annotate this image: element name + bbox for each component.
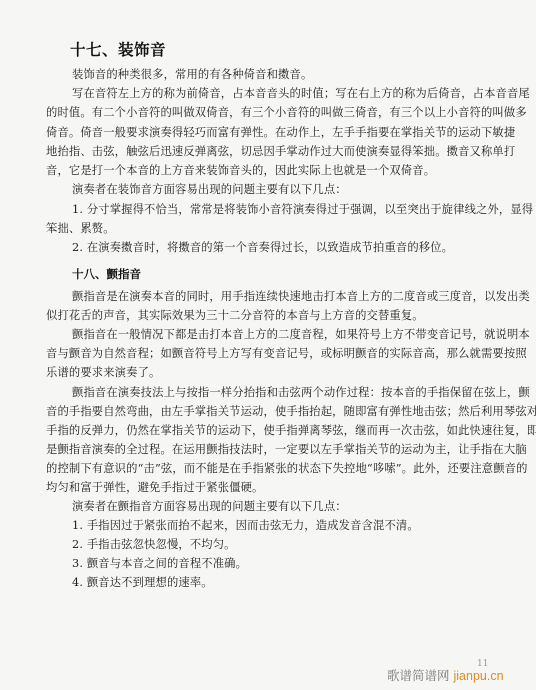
list-item-continuation: 笨拙、累赘。 (46, 222, 115, 236)
watermark: 歌谱简谱网 jianpu.cn (387, 666, 504, 684)
paragraph-line: 音与颤音为自然音程；如颤音符号上方写有变音记号，或标明颤音的实际音高，那么就需要… (46, 347, 527, 361)
list-item: 4. 颤音达不到理想的速率。 (72, 576, 213, 590)
paragraph-line: 手指的反弹力，仍然在掌指关节的运动下，使手指弹离琴弦，继而再一次击弦，如此快速往… (46, 424, 536, 438)
section-heading-17: 十七、装饰音 (70, 38, 166, 60)
watermark-domain: jianpu.cn (454, 669, 504, 683)
list-item: 3. 颤音与本音之间的音程不准确。 (72, 557, 247, 571)
paragraph-line: 均匀和富于弹性，避免手指过于紧张僵硬。 (46, 481, 264, 495)
paragraph-line: 颤指音在演奏技法上与按指一样分抬指和击弦两个动作过程：按本音的手指保留在弦上，颤 (72, 386, 530, 400)
paragraph-line: 音，它是打一个本音的上方音来装饰音头的，因此实际上也就是一个双倚音。 (46, 164, 435, 178)
paragraph-line: 颤指音是在演奏本音的同时，用手指连续快速地击打本音上方的二度音或三度音，以发出类 (72, 290, 530, 304)
list-item: 2. 在演奏擞音时，将擞音的第一个音奏得过长，以致造成节拍重音的移位。 (72, 241, 453, 255)
paragraph-line: 演奏者在装饰音方面容易出现的问题主要有以下几点： (72, 183, 347, 197)
paragraph-line: 的时值。有二个小音符的叫做双倚音，有三个小音符的叫做三倚音，有三个以上小音符的叫… (46, 106, 527, 120)
paragraph-line: 写在音符左上方的称为前倚音，占本音音头的时值；写在右上方的称为后倚音，占本音音尾 (72, 87, 530, 101)
watermark-site-name: 歌谱简谱网 (387, 668, 450, 683)
document-page: 十七、装饰音 装饰音的种类很多，常用的有各种倚音和擞音。 写在音符左上方的称为前… (0, 0, 536, 690)
paragraph-line: 装饰音的种类很多，常用的有各种倚音和擞音。 (72, 68, 312, 82)
paragraph-line: 的控制下有意识的“击”弦，而不能是在手指紧张的状态下失控地“哆嗦”。此外，还要注… (46, 462, 528, 476)
paragraph-line: 地抬指、击弦，触弦后迅速反弹离弦，切忌因手掌动作过大而使演奏显得笨拙。擞音又称单… (46, 145, 515, 159)
paragraph-line: 颤指音在一般情况下都是击打本音上方的二度音程，如果符号上方不带变音记号，就说明本 (72, 328, 530, 342)
list-item: 1. 分寸掌握得不恰当，常常是将装饰小音符演奏得过于强调，以至突出于旋律线之外，… (72, 203, 533, 217)
list-item: 2. 手指击弦忽快忽慢，不均匀。 (72, 538, 236, 552)
paragraph-line: 乐谱的要求来演奏了。 (46, 366, 160, 380)
paragraph-line: 演奏者在颤指音方面容易出现的问题主要有以下几点： (72, 500, 347, 514)
list-item: 1. 手指因过于紧张而抬不起来，因而击弦无力，造成发音含混不清。 (72, 519, 419, 533)
paragraph-line: 似打花舌的声音，其实际效果为三十二分音符的本音与上方音的交替重复。 (46, 309, 424, 323)
paragraph-line: 是颤指音演奏的全过程。在运用颤指技法时，一定要以左手掌指关节的运动为主，让手指在… (46, 443, 527, 457)
paragraph-line: 音的手指要自然弯曲，由左手掌指关节运动，使手指抬起，随即富有弹性地击弦；然后利用… (46, 405, 536, 419)
section-heading-18: 十八、颤指音 (72, 266, 141, 282)
paragraph-line: 倚音。倚音一般要求演奏得轻巧而富有弹性。在动作上，左手手指要在掌指关节的运动下敏… (46, 126, 515, 140)
